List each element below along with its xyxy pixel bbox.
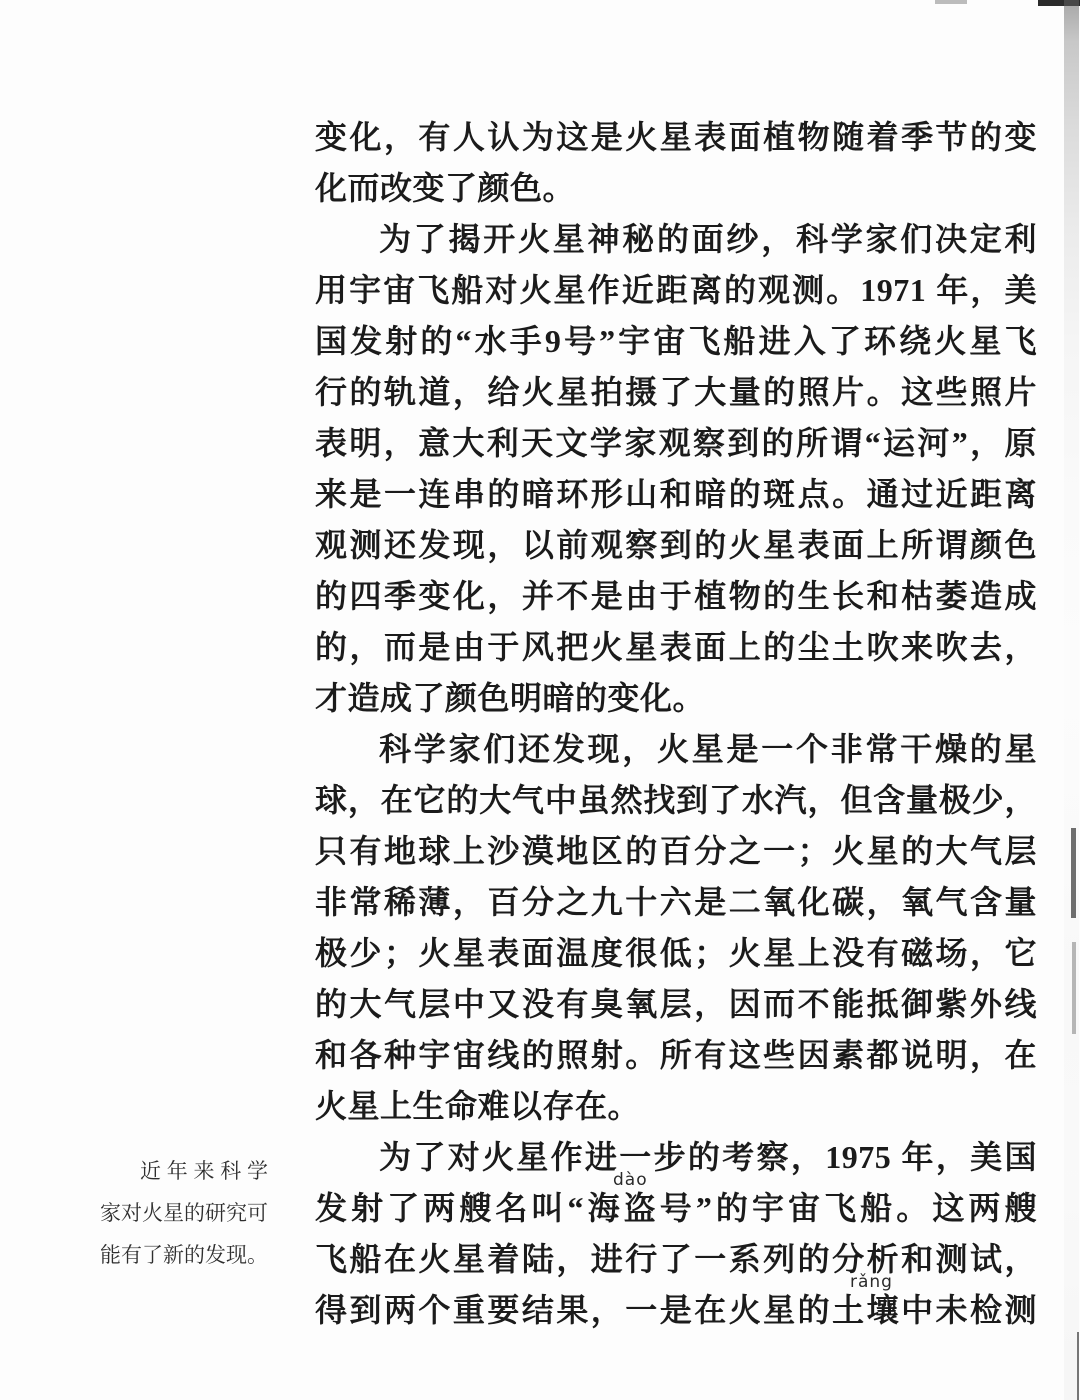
text-line: 和各种宇宙线的照射。所有这些因素都说明，在 (315, 1030, 1037, 1081)
text-line: 火星上生命难以存在。 (315, 1081, 1037, 1132)
text-line: 的大气层中又没有臭氧层，因而不能抵御紫外线 (315, 979, 1037, 1030)
text-line paragraph-start: 为了对火星作进一步的考察，1975 年，美国 (315, 1132, 1037, 1183)
text-line: 只有地球上沙漠地区的百分之一；火星的大气层 (315, 826, 1037, 877)
text-line: 来是一连串的暗环形山和暗的斑点。通过近距离 (315, 469, 1037, 520)
pinyin-annotation-rang: rǎng (850, 1274, 893, 1291)
text-line: 国发射的“水手9号”宇宙飞船进入了环绕火星飞 (315, 316, 1037, 367)
text-line: 极少；火星表面温度很低；火星上没有磁场，它 (315, 928, 1037, 979)
body-text-block: 变化，有人认为这是火星表面植物随着季节的变 化而改变了颜色。 为了揭开火星神秘的… (315, 112, 1037, 1336)
text-line: 用宇宙飞船对火星作近距离的观测。1971 年，美 (315, 265, 1037, 316)
scan-artifact-right-edge-streak (1064, 0, 1079, 1400)
scan-artifact-top-right-bar (1038, 0, 1080, 6)
text-line paragraph-start: 科学家们还发现，火星是一个非常干燥的星 (315, 724, 1037, 775)
text-line: 飞船在火星着陆，进行了一系列的分析和测试， (315, 1234, 1037, 1285)
text-line: 观测还发现，以前观察到的火星表面上所谓颜色 (315, 520, 1037, 571)
scan-artifact-right-dash-lower (1072, 942, 1076, 1034)
text-line: 行的轨道，给火星拍摄了大量的照片。这些照片 (315, 367, 1037, 418)
text-line: 才造成了颜色明暗的变化。 (315, 673, 1037, 724)
text-line: 变化，有人认为这是火星表面植物随着季节的变 (315, 112, 1037, 163)
margin-note-line: 家对火星的研究可 (100, 1192, 268, 1234)
text-line: dào 发射了两艘名叫“海盗号”的宇宙飞船。这两艘 (315, 1183, 1037, 1234)
margin-note: 近年来科学 家对火星的研究可 能有了新的发现。 (100, 1150, 268, 1276)
text-line: 非常稀薄，百分之九十六是二氧化碳，氧气含量 (315, 877, 1037, 928)
scan-artifact-right-dash-upper (1071, 828, 1076, 918)
scan-artifact-bottom-right-edge (1077, 1332, 1079, 1400)
scan-artifact-top-dash (935, 0, 967, 4)
margin-note-line: 能有了新的发现。 (100, 1234, 268, 1276)
text-line: 的，而是由于风把火星表面上的尘土吹来吹去， (315, 622, 1037, 673)
text-line: 的四季变化，并不是由于植物的生长和枯萎造成 (315, 571, 1037, 622)
text-line paragraph-start: 为了揭开火星神秘的面纱，科学家们决定利 (315, 214, 1037, 265)
line-text: 发射了两艘名叫“海盗号”的宇宙飞船。这两艘 (315, 1190, 1037, 1226)
pinyin-annotation-dao: dào (613, 1172, 648, 1189)
text-line: 球，在它的大气中虽然找到了水汽，但含量极少， (315, 775, 1037, 826)
text-line: 化而改变了颜色。 (315, 163, 1037, 214)
scanned-textbook-page: { "document": { "language": "zh-CN", "ki… (0, 0, 1080, 1400)
margin-note-line: 近年来科学 (100, 1150, 268, 1192)
line-text: 得到两个重要结果，一是在火星的土壤中未检测 (315, 1292, 1037, 1328)
text-line: rǎng 得到两个重要结果，一是在火星的土壤中未检测 (315, 1285, 1037, 1336)
text-line: 表明，意大利天文学家观察到的所谓“运河”，原 (315, 418, 1037, 469)
